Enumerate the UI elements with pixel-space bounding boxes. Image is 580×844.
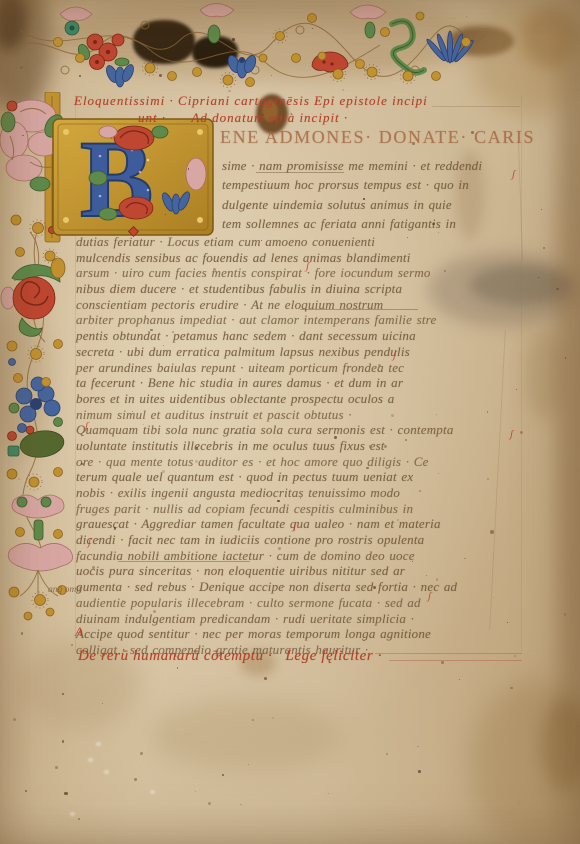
pale-speck (70, 812, 75, 816)
text-line: diuinam indulgentiam predicandam · rudi … (76, 611, 522, 627)
text-line: grauescat · Aggrediar tamen facultate qu… (76, 516, 522, 532)
text-line: gumenta · sed rebus · Denique accipe non… (76, 579, 522, 595)
parchment-speck (564, 613, 567, 616)
parchment-speck (232, 38, 234, 40)
parchment-speck (248, 764, 249, 765)
text-line: nibus diem ducere · et studentibus fabul… (76, 281, 522, 297)
red-paragraph-mark: ʃ (85, 420, 88, 432)
text-line: arbiter prophanus impediat · aut clamor … (76, 312, 522, 328)
text-line: ta fecerunt · Bene hic studia in aures d… (76, 375, 522, 391)
parchment-speck (78, 818, 80, 820)
explicit-text: De rerū humanarū cōtemptu · Lege fęlicit… (78, 648, 382, 665)
pale-speck (88, 758, 93, 762)
text-line: dutias feriatur · Locus etiam cum amoeno… (76, 234, 522, 250)
text-line: terum quale uel quantum est · quod in pe… (76, 469, 522, 485)
stain-hole-2 (192, 36, 238, 68)
parchment-speck (417, 746, 418, 747)
parchment-speck (165, 214, 166, 215)
parchment-speck (556, 288, 558, 290)
parchment-speck (386, 753, 388, 755)
rubric-line-1: Eloquentissimi · Cipriani cartaginēsis E… (74, 93, 428, 109)
text-line: nimum simul et auditus instruit et pasci… (76, 407, 522, 423)
word-underline (118, 561, 250, 562)
parchment-speck (222, 774, 224, 776)
ruled-line-filler (389, 660, 522, 661)
parchment-speck (519, 802, 520, 803)
parchment-speck (55, 766, 58, 769)
parchment-speck (312, 28, 313, 29)
initial-letter-glyph: B (80, 118, 153, 238)
parchment-speck (229, 50, 232, 53)
parchment-speck (18, 478, 21, 481)
parchment-speck (208, 802, 211, 805)
parchment-speck (13, 718, 16, 721)
body-text-block: dutias feriatur · Locus etiam cum amoeno… (76, 234, 522, 658)
margin-annotation: anq̄ omīt (48, 585, 82, 595)
parchment-speck (538, 277, 539, 278)
parchment-speck (25, 790, 27, 792)
stain-bottom-right-core (540, 700, 580, 790)
stain-right-band (556, 60, 580, 760)
red-paragraph-mark: ʃ (306, 260, 309, 272)
stain-top-right-spot (448, 26, 514, 56)
manuscript-page: B Eloquentissimi · Cipriani cartaginēsis… (0, 0, 580, 844)
parchment-speck (459, 679, 460, 680)
text-line: tem sollemnes ac feriata anni fatigantis… (222, 214, 522, 233)
parchment-speck (21, 632, 24, 635)
parchment-speck (111, 138, 112, 139)
stain-bottom-right (470, 680, 580, 844)
pale-speck (104, 770, 109, 774)
parchment-speck (22, 135, 23, 136)
word-underline (300, 309, 418, 310)
parchment-speck (140, 752, 143, 755)
stain-top-left-dark (0, 0, 52, 115)
parchment-speck (272, 717, 275, 720)
text-line: ore · qua mente totus auditor es · et ho… (76, 454, 522, 470)
red-paragraph-mark: ʃ (88, 536, 91, 548)
text-line: pentis obtundat · petamus hanc sedem · d… (76, 328, 522, 344)
pale-speck (96, 742, 101, 746)
stain-bottom-center (150, 700, 340, 770)
text-line: Quamquam tibi sola nunc gratia sola cura… (76, 422, 522, 438)
parchment-speck (264, 677, 267, 680)
parchment-speck (543, 247, 544, 248)
text-line: arsum · uiro cum facies mentis conspirat… (76, 265, 522, 281)
red-paragraph-mark: ʃ (393, 349, 396, 361)
parchment-speck (195, 791, 196, 792)
parchment-speck (541, 209, 542, 210)
stain-top-right-wash (470, 0, 580, 115)
explicit-rubric-line: De rerū humanarū cōtemptu · Lege fęlicit… (78, 648, 522, 665)
parchment-speck (71, 644, 73, 646)
parchment-speck (565, 357, 567, 359)
parchment-speck (159, 74, 162, 77)
parchment-speck (14, 279, 15, 280)
parchment-speck (64, 792, 67, 795)
body-text-beside-initial: sime · nam promisisse me memini · et red… (222, 156, 522, 233)
floral-border-top (0, 0, 490, 96)
stain-top-right-core (520, 6, 580, 68)
parchment-speck (271, 75, 272, 76)
parchment-speck (20, 66, 23, 69)
rubric-line-2: unt · Ad donatum eplà incipit · (138, 110, 348, 126)
parchment-speck (328, 793, 329, 794)
text-line: dulgente uindemia solutus animus in quie (222, 195, 522, 214)
floral-border-left (0, 92, 80, 636)
text-line: uoluntate institutis illecebris in me oc… (76, 438, 522, 454)
parchment-speck (62, 693, 64, 695)
red-paragraph-mark: ʃ (293, 520, 296, 532)
parchment-speck (134, 778, 137, 781)
text-line: dicendi · facit nec tam in iudiciis cont… (76, 532, 522, 548)
parchment-speck (510, 687, 513, 690)
parchment-speck (102, 703, 103, 704)
text-line: per arundines baiulas repunt · uiteam po… (76, 360, 522, 376)
ruling-rubric-trailing (432, 106, 520, 107)
red-paragraph-mark: ʃ (510, 428, 513, 440)
parchment-speck (188, 168, 190, 170)
red-paragraph-mark: ʃ (428, 590, 431, 602)
stain-top-band-wash (55, 0, 485, 80)
parchment-speck (252, 719, 254, 721)
parchment-speck (466, 16, 467, 17)
incipit-capitals: ENE ADMONES· DONATE· CARIS (220, 127, 535, 148)
text-line: secreta · ubi dum erratica palmitum laps… (76, 344, 522, 360)
parchment-speck (79, 75, 81, 77)
stain-hole-1 (133, 20, 195, 64)
parchment-speck (342, 89, 344, 91)
text-line: tempestiuum hoc prorsus tempus est · quo… (222, 175, 522, 194)
text-line: fruges parit · nullis ad copiam fecundi … (76, 501, 522, 517)
text-line: Accipe quod sentitur · nec per moras tem… (76, 626, 522, 642)
parchment-speck (418, 770, 421, 773)
text-line: nobis · exilis ingenii angusta mediocrit… (76, 485, 522, 501)
stain-left-mid (0, 300, 50, 460)
parchment-speck (62, 740, 65, 743)
stain-right-of-text (525, 330, 565, 420)
text-line: mulcendis sensibus ac fouendis ad lenes … (76, 250, 522, 266)
text-line: uocis pura sinceritas · non eloquentie u… (76, 563, 522, 579)
parchment-speck (240, 804, 241, 805)
parchment-speck (228, 90, 230, 92)
text-line: conscientiam pectoris erudire · At ne el… (76, 297, 522, 313)
stain-top-left-core (0, 0, 26, 50)
text-line: audientie popularis illecebram · culto s… (76, 595, 522, 611)
parchment-speck (177, 667, 178, 668)
parchment-speck (152, 61, 155, 64)
pale-speck (150, 790, 155, 794)
red-touched-capital: A (75, 624, 83, 640)
word-underline (256, 172, 344, 173)
red-paragraph-mark: ʃ (512, 168, 515, 180)
text-line: bores et in uites uidentibus oblectante … (76, 391, 522, 407)
